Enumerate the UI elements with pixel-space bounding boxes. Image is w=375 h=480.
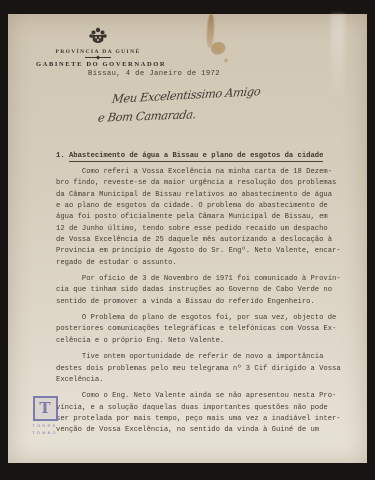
paragraph-3: O Problema do plano de esgotos foi, por …: [56, 313, 356, 347]
ink-stain-dot: [223, 58, 229, 63]
section-title: Abastecimento de água a Bissau e plano d…: [69, 152, 323, 162]
paragraph-4: Tive ontem oportunidade de referir de no…: [56, 352, 356, 386]
section-number: 1.: [56, 152, 69, 160]
letterhead-ornament: [85, 57, 111, 58]
paragraph-5: Como o Eng. Neto Valente ainda se não ap…: [56, 391, 356, 436]
scan-light-streak: [331, 14, 345, 104]
letterhead-province: PROVÍNCIA DA GUINÉ: [36, 49, 160, 55]
handwritten-salutation-line2: e Bom Camarada.: [97, 107, 197, 124]
coat-of-arms-icon: [87, 26, 109, 46]
section-heading: 1. Abastecimento de água a Bissau e plan…: [56, 152, 323, 160]
ink-stain-blob: [211, 42, 226, 55]
dateline: Bissau, 4 de Janeiro de 1972: [88, 69, 220, 80]
archive-stamp-text-2: TOMBO: [28, 430, 62, 435]
archive-stamp-text-1: TORRE: [28, 423, 62, 428]
letter-page: PROVÍNCIA DA GUINÉ GABINETE DO GOVERNADO…: [8, 14, 367, 463]
letterhead: PROVÍNCIA DA GUINÉ GABINETE DO GOVERNADO…: [36, 26, 160, 68]
archive-stamp-letter: T: [39, 401, 50, 416]
paragraph-1: Como referi a Vossa Excelência na minha …: [56, 167, 356, 269]
letter-body: Como referi a Vossa Excelência na minha …: [56, 167, 356, 442]
archive-stamp-icon: T: [33, 396, 58, 421]
paragraph-2: Por ofício de 3 de Novembro de 1971 foi …: [56, 274, 356, 308]
handwritten-salutation-line1: Meu Excelentissimo Amigo: [111, 84, 261, 106]
archive-stamp: T TORRE TOMBO: [28, 396, 62, 435]
letterhead-office: GABINETE DO GOVERNADOR: [36, 61, 160, 68]
